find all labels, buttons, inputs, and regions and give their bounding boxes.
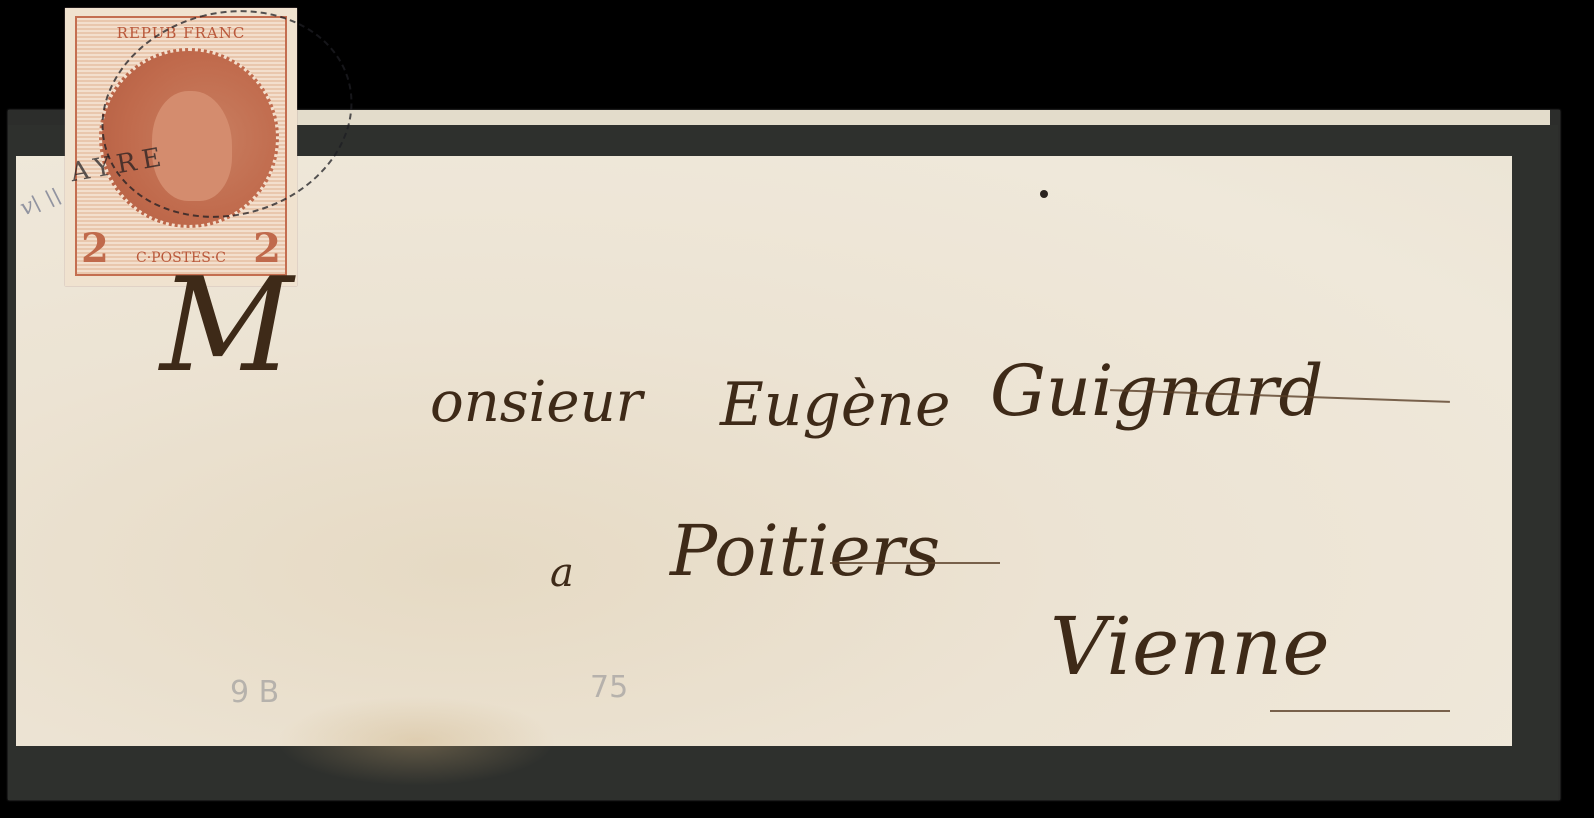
address-salutation: onsieur [430, 370, 642, 435]
address-first-name: Eugène [720, 370, 951, 440]
address-salutation-initial: M [160, 260, 293, 390]
region-flourish [1270, 710, 1450, 712]
paper-stain [276, 696, 556, 786]
ink-spot [1040, 190, 1048, 198]
address-region: Vienne [1050, 600, 1330, 693]
address-preposition: a [550, 550, 574, 596]
city-flourish [830, 562, 1000, 564]
pencil-price-note: 75 [590, 670, 628, 705]
address-city: Poitiers [670, 510, 940, 592]
envelope-top-flap-edge [290, 110, 1550, 126]
pencil-note-left: 9 B [230, 675, 279, 710]
